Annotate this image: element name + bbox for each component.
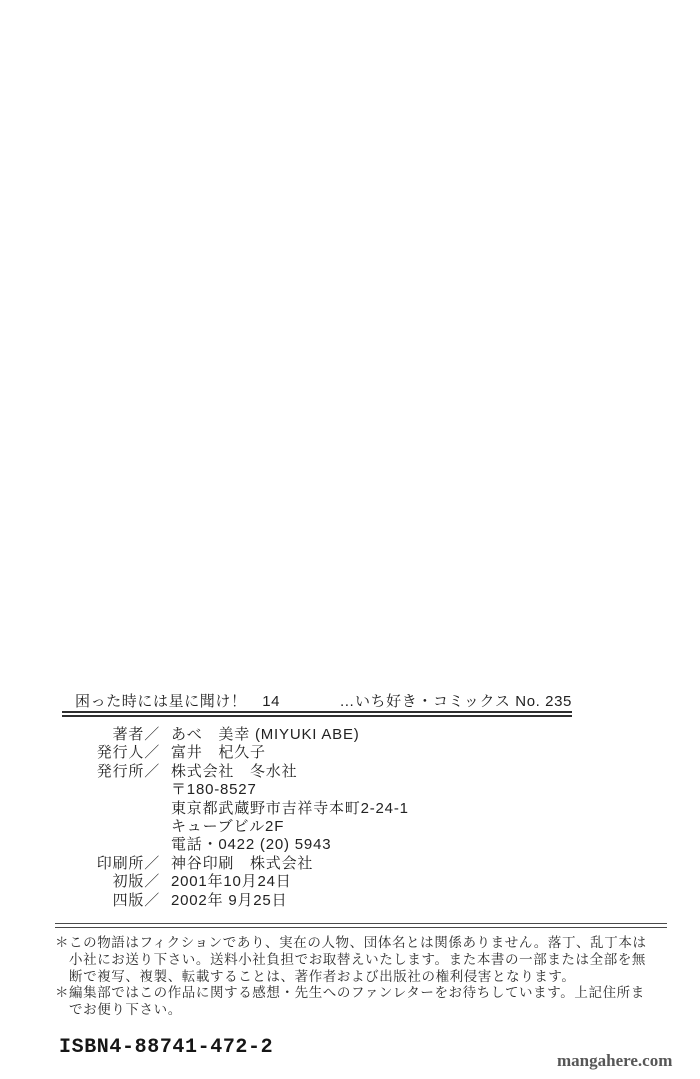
note-text: でお便り下さい。: [69, 1002, 182, 1019]
colophon-row-phone: 電話・0422 (20) 5943: [0, 836, 700, 854]
colophon-label: 四版／: [0, 892, 160, 910]
colophon-value: 株式会社 冬水社: [160, 763, 297, 781]
colophon-label: [0, 800, 160, 818]
note-line: 断で複写、複製、転載することは、著作者および出版社の権利侵害となります。: [55, 969, 655, 986]
isbn-number: ISBN4-88741-472-2: [59, 1036, 273, 1059]
colophon-label: 初版／: [0, 873, 160, 891]
colophon-label: 発行人／: [0, 744, 160, 762]
colophon-row-author: 著者／ あべ 美幸 (MIYUKI ABE): [0, 726, 700, 744]
colophon-row-printer: 印刷所／ 神谷印刷 株式会社: [0, 855, 700, 873]
colophon-value: 東京都武蔵野市吉祥寺本町2-24-1: [160, 800, 409, 818]
colophon-label: [0, 836, 160, 854]
colophon-label: 印刷所／: [0, 855, 160, 873]
colophon-block: 著者／ あべ 美幸 (MIYUKI ABE) 発行人／ 富井 杞久子 発行所／ …: [0, 726, 700, 910]
note-text: 小社にお送り下さい。送料小社負担でお取替えいたします。また本書の一部または全部を…: [69, 952, 646, 969]
colophon-row-publisher-company: 発行所／ 株式会社 冬水社: [0, 763, 700, 781]
colophon-value: 2001年10月24日: [160, 873, 292, 891]
page-header: 困った時には星に聞け！ 14 …いち好き・コミックス No. 235: [62, 690, 572, 711]
asterisk-marker: [55, 1002, 69, 1019]
colophon-value: 2002年 9月25日: [160, 892, 287, 910]
mangahere-watermark: mangahere.com: [557, 1051, 672, 1071]
legal-notes-block: ＊ この物語はフィクションであり、実在の人物、団体名とは関係ありません。落丁、乱…: [55, 935, 655, 1019]
colophon-label: [0, 781, 160, 799]
colophon-value: 〒180-8527: [160, 781, 257, 799]
colophon-label: 発行所／: [0, 763, 160, 781]
asterisk-marker: ＊: [55, 985, 69, 1002]
asterisk-marker: ＊: [55, 935, 69, 952]
note-line: ＊ この物語はフィクションであり、実在の人物、団体名とは関係ありません。落丁、乱…: [55, 935, 655, 952]
note-text: 断で複写、複製、転載することは、著作者および出版社の権利侵害となります。: [69, 969, 576, 986]
colophon-row-address: 東京都武蔵野市吉祥寺本町2-24-1: [0, 800, 700, 818]
colophon-row-postal-code: 〒180-8527: [0, 781, 700, 799]
asterisk-marker: [55, 952, 69, 969]
header-double-rule: [62, 711, 572, 717]
colophon-page: 困った時には星に聞け！ 14 …いち好き・コミックス No. 235 著者／ あ…: [0, 0, 700, 1079]
note-line: ＊ 編集部ではこの作品に関する感想・先生へのファンレターをお待ちしています。上記…: [55, 985, 655, 1002]
colophon-label: [0, 818, 160, 836]
colophon-value: 電話・0422 (20) 5943: [160, 836, 331, 854]
colophon-row-fourth-edition: 四版／ 2002年 9月25日: [0, 892, 700, 910]
comics-series-label: …いち好き・コミックス No. 235: [339, 690, 572, 711]
colophon-value: 富井 杞久子: [160, 744, 266, 762]
colophon-value: キューブビル2F: [160, 818, 284, 836]
note-text: 編集部ではこの作品に関する感想・先生へのファンレターをお待ちしています。上記住所…: [69, 985, 645, 1002]
note-line: 小社にお送り下さい。送料小社負担でお取替えいたします。また本書の一部または全部を…: [55, 952, 655, 969]
series-title: 困った時には星に聞け！ 14: [75, 690, 280, 711]
notes-double-rule: [55, 923, 667, 928]
colophon-row-publisher-person: 発行人／ 富井 杞久子: [0, 744, 700, 762]
colophon-row-building: キューブビル2F: [0, 818, 700, 836]
colophon-value: 神谷印刷 株式会社: [160, 855, 313, 873]
colophon-value: あべ 美幸 (MIYUKI ABE): [160, 726, 360, 744]
note-line: でお便り下さい。: [55, 1002, 655, 1019]
asterisk-marker: [55, 969, 69, 986]
note-text: この物語はフィクションであり、実在の人物、団体名とは関係ありません。落丁、乱丁本…: [69, 935, 647, 952]
colophon-label: 著者／: [0, 726, 160, 744]
colophon-row-first-edition: 初版／ 2001年10月24日: [0, 873, 700, 891]
